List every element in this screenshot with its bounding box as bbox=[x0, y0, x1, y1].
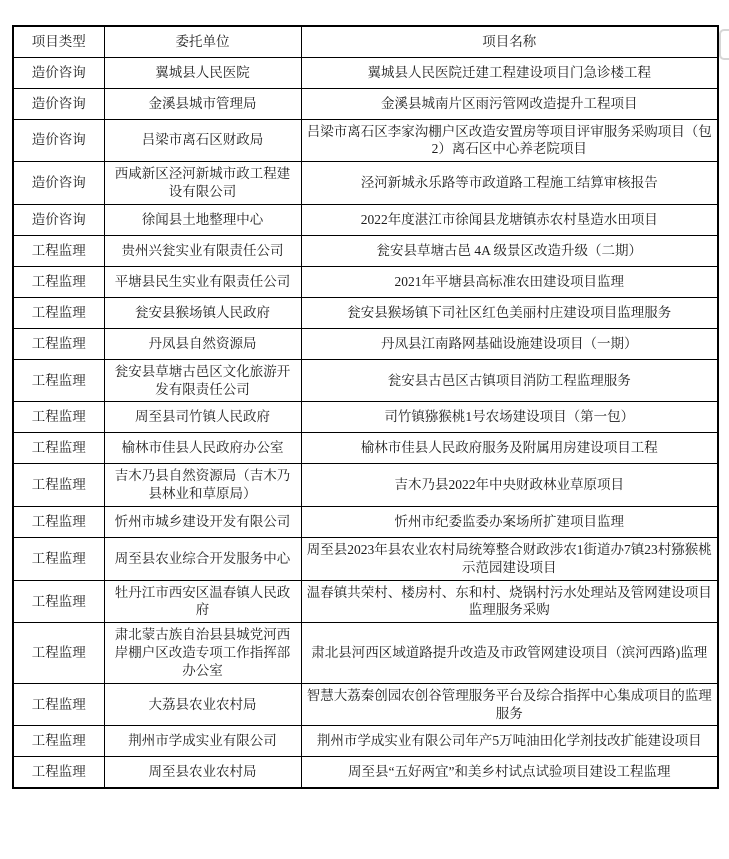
project-name-cell: 2021年平塘县高标准农田建设项目监理 bbox=[301, 266, 718, 297]
project-type-cell: 工程监理 bbox=[13, 538, 104, 581]
client-unit-cell: 翼城县人民医院 bbox=[104, 57, 301, 88]
project-name-cell: 榆林市佳县人民政府服务及附属用房建设项目工程 bbox=[301, 433, 718, 464]
project-name-cell: 周至县“五好两宜”和美乡村试点试验项目建设工程监理 bbox=[301, 757, 718, 788]
project-name-cell: 泾河新城永乐路等市政道路工程施工结算审核报告 bbox=[301, 162, 718, 205]
project-name-cell: 忻州市纪委监委办案场所扩建项目监理 bbox=[301, 507, 718, 538]
header-project-name: 项目名称 bbox=[301, 26, 718, 57]
project-type-cell: 工程监理 bbox=[13, 297, 104, 328]
project-type-cell: 造价咨询 bbox=[13, 204, 104, 235]
project-type-cell: 造价咨询 bbox=[13, 57, 104, 88]
project-name-cell: 吉木乃县2022年中央财政林业草原项目 bbox=[301, 464, 718, 507]
scrollbar-thumb[interactable] bbox=[719, 29, 729, 60]
project-name-cell: 瓮安县古邑区古镇项目消防工程监理服务 bbox=[301, 359, 718, 402]
table-row: 工程监理 贵州兴瓮实业有限责任公司 瓮安县草塘古邑 4A 级景区改造升级（二期） bbox=[13, 235, 718, 266]
table-body: 造价咨询 翼城县人民医院 翼城县人民医院迁建工程建设项目门急诊楼工程 造价咨询 … bbox=[13, 57, 718, 788]
project-name-cell: 荆州市学成实业有限公司年产5万吨油田化学剂技改扩能建设项目 bbox=[301, 726, 718, 757]
project-name-cell: 翼城县人民医院迁建工程建设项目门急诊楼工程 bbox=[301, 57, 718, 88]
project-name-cell: 肃北县河西区域道路提升改造及市政管网建设项目（滨河西路)监理 bbox=[301, 623, 718, 683]
client-unit-cell: 忻州市城乡建设开发有限公司 bbox=[104, 507, 301, 538]
project-name-cell: 温春镇共荣村、楼房村、东和村、烧锅村污水处理站及管网建设项目监理服务采购 bbox=[301, 580, 718, 623]
client-unit-cell: 大荔县农业农村局 bbox=[104, 683, 301, 726]
project-type-cell: 工程监理 bbox=[13, 623, 104, 683]
client-unit-cell: 周至县农业农村局 bbox=[104, 757, 301, 788]
table-row: 工程监理 忻州市城乡建设开发有限公司 忻州市纪委监委办案场所扩建项目监理 bbox=[13, 507, 718, 538]
project-type-cell: 工程监理 bbox=[13, 507, 104, 538]
project-type-cell: 工程监理 bbox=[13, 433, 104, 464]
project-type-cell: 工程监理 bbox=[13, 580, 104, 623]
header-project-type: 项目类型 bbox=[13, 26, 104, 57]
client-unit-cell: 吕梁市离石区财政局 bbox=[104, 119, 301, 162]
project-name-cell: 2022年度湛江市徐闻县龙塘镇赤农村垦造水田项目 bbox=[301, 204, 718, 235]
table-row: 造价咨询 翼城县人民医院 翼城县人民医院迁建工程建设项目门急诊楼工程 bbox=[13, 57, 718, 88]
client-unit-cell: 贵州兴瓮实业有限责任公司 bbox=[104, 235, 301, 266]
client-unit-cell: 瓮安县草塘古邑区文化旅游开发有限责任公司 bbox=[104, 359, 301, 402]
project-name-cell: 智慧大荔秦创园农创谷管理服务平台及综合指挥中心集成项目的监理服务 bbox=[301, 683, 718, 726]
project-type-cell: 工程监理 bbox=[13, 359, 104, 402]
table-row: 工程监理 吉木乃县自然资源局（吉木乃县林业和草原局） 吉木乃县2022年中央财政… bbox=[13, 464, 718, 507]
table-row: 工程监理 周至县农业农村局 周至县“五好两宜”和美乡村试点试验项目建设工程监理 bbox=[13, 757, 718, 788]
table-row: 工程监理 荆州市学成实业有限公司 荆州市学成实业有限公司年产5万吨油田化学剂技改… bbox=[13, 726, 718, 757]
client-unit-cell: 肃北蒙古族自治县县城党河西岸棚户区改造专项工作指挥部办公室 bbox=[104, 623, 301, 683]
table-row: 造价咨询 徐闻县土地整理中心 2022年度湛江市徐闻县龙塘镇赤农村垦造水田项目 bbox=[13, 204, 718, 235]
project-type-cell: 造价咨询 bbox=[13, 162, 104, 205]
project-type-cell: 工程监理 bbox=[13, 266, 104, 297]
project-type-cell: 工程监理 bbox=[13, 683, 104, 726]
project-type-cell: 造价咨询 bbox=[13, 119, 104, 162]
project-name-cell: 金溪县城南片区雨污管网改造提升工程项目 bbox=[301, 88, 718, 119]
client-unit-cell: 周至县司竹镇人民政府 bbox=[104, 402, 301, 433]
project-type-cell: 造价咨询 bbox=[13, 88, 104, 119]
table-row: 工程监理 榆林市佳县人民政府办公室 榆林市佳县人民政府服务及附属用房建设项目工程 bbox=[13, 433, 718, 464]
table-row: 造价咨询 金溪县城市管理局 金溪县城南片区雨污管网改造提升工程项目 bbox=[13, 88, 718, 119]
table-row: 工程监理 丹凤县自然资源局 丹凤县江南路网基础设施建设项目（一期） bbox=[13, 328, 718, 359]
table-row: 工程监理 瓮安县猴场镇人民政府 瓮安县猴场镇下司社区红色美丽村庄建设项目监理服务 bbox=[13, 297, 718, 328]
project-name-cell: 吕梁市离石区李家沟棚户区改造安置房等项目评审服务采购项目（包 2）离石区中心养老… bbox=[301, 119, 718, 162]
table-row: 工程监理 牡丹江市西安区温春镇人民政府 温春镇共荣村、楼房村、东和村、烧锅村污水… bbox=[13, 580, 718, 623]
client-unit-cell: 西咸新区泾河新城市政工程建设有限公司 bbox=[104, 162, 301, 205]
client-unit-cell: 平塘县民生实业有限责任公司 bbox=[104, 266, 301, 297]
projects-table: 项目类型 委托单位 项目名称 造价咨询 翼城县人民医院 翼城县人民医院迁建工程建… bbox=[12, 25, 719, 789]
table-row: 工程监理 平塘县民生实业有限责任公司 2021年平塘县高标准农田建设项目监理 bbox=[13, 266, 718, 297]
project-name-cell: 瓮安县猴场镇下司社区红色美丽村庄建设项目监理服务 bbox=[301, 297, 718, 328]
project-type-cell: 工程监理 bbox=[13, 402, 104, 433]
project-type-cell: 工程监理 bbox=[13, 235, 104, 266]
client-unit-cell: 金溪县城市管理局 bbox=[104, 88, 301, 119]
project-type-cell: 工程监理 bbox=[13, 464, 104, 507]
client-unit-cell: 牡丹江市西安区温春镇人民政府 bbox=[104, 580, 301, 623]
header-client-unit: 委托单位 bbox=[104, 26, 301, 57]
client-unit-cell: 丹凤县自然资源局 bbox=[104, 328, 301, 359]
client-unit-cell: 瓮安县猴场镇人民政府 bbox=[104, 297, 301, 328]
document-page: 项目类型 委托单位 项目名称 造价咨询 翼城县人民医院 翼城县人民医院迁建工程建… bbox=[0, 0, 729, 859]
project-type-cell: 工程监理 bbox=[13, 757, 104, 788]
client-unit-cell: 荆州市学成实业有限公司 bbox=[104, 726, 301, 757]
table-header-row: 项目类型 委托单位 项目名称 bbox=[13, 26, 718, 57]
table-row: 造价咨询 西咸新区泾河新城市政工程建设有限公司 泾河新城永乐路等市政道路工程施工… bbox=[13, 162, 718, 205]
table-row: 工程监理 周至县司竹镇人民政府 司竹镇猕猴桃1号农场建设项目（第一包） bbox=[13, 402, 718, 433]
client-unit-cell: 周至县农业综合开发服务中心 bbox=[104, 538, 301, 581]
table-row: 造价咨询 吕梁市离石区财政局 吕梁市离石区李家沟棚户区改造安置房等项目评审服务采… bbox=[13, 119, 718, 162]
table-row: 工程监理 周至县农业综合开发服务中心 周至县2023年县农业农村局统筹整合财政涉… bbox=[13, 538, 718, 581]
table-row: 工程监理 大荔县农业农村局 智慧大荔秦创园农创谷管理服务平台及综合指挥中心集成项… bbox=[13, 683, 718, 726]
client-unit-cell: 吉木乃县自然资源局（吉木乃县林业和草原局） bbox=[104, 464, 301, 507]
project-name-cell: 司竹镇猕猴桃1号农场建设项目（第一包） bbox=[301, 402, 718, 433]
client-unit-cell: 徐闻县土地整理中心 bbox=[104, 204, 301, 235]
project-type-cell: 工程监理 bbox=[13, 328, 104, 359]
table-row: 工程监理 瓮安县草塘古邑区文化旅游开发有限责任公司 瓮安县古邑区古镇项目消防工程… bbox=[13, 359, 718, 402]
project-name-cell: 丹凤县江南路网基础设施建设项目（一期） bbox=[301, 328, 718, 359]
client-unit-cell: 榆林市佳县人民政府办公室 bbox=[104, 433, 301, 464]
project-type-cell: 工程监理 bbox=[13, 726, 104, 757]
project-name-cell: 瓮安县草塘古邑 4A 级景区改造升级（二期） bbox=[301, 235, 718, 266]
project-name-cell: 周至县2023年县农业农村局统筹整合财政涉农1街道办7镇23村猕猴桃示范园建设项… bbox=[301, 538, 718, 581]
table-row: 工程监理 肃北蒙古族自治县县城党河西岸棚户区改造专项工作指挥部办公室 肃北县河西… bbox=[13, 623, 718, 683]
